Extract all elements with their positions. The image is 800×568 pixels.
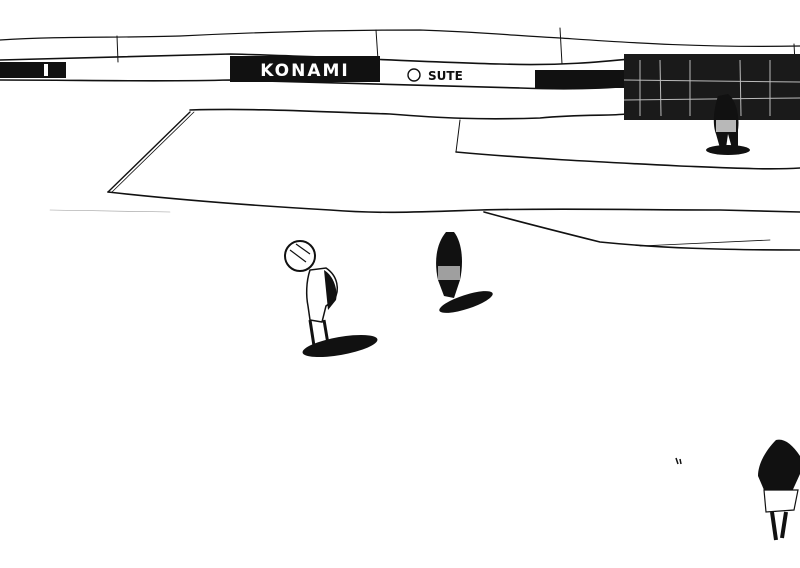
arc-line: [484, 212, 800, 250]
ad-board-left: [0, 62, 66, 78]
ad-text-konami: KONAMI: [260, 61, 350, 81]
player-running-foreground: [758, 440, 800, 540]
right-area-line: [456, 152, 800, 169]
penalty-area-line: [108, 192, 800, 212]
far-touchline: [190, 109, 626, 118]
stand-block: [624, 54, 800, 120]
pitch-sketch: KONAMI SUTE: [0, 0, 800, 568]
player-standing: [436, 232, 495, 317]
ball: [285, 241, 315, 271]
ad-text-sute: SUTE: [428, 69, 463, 83]
ad-board-right: [535, 70, 627, 88]
ad-board-sute: SUTE: [408, 69, 463, 83]
ad-board-konami: KONAMI: [230, 56, 380, 82]
stand-roof-line: [0, 30, 800, 46]
player-heading-ball: [285, 241, 379, 361]
goal-area-left-line: [108, 112, 190, 192]
